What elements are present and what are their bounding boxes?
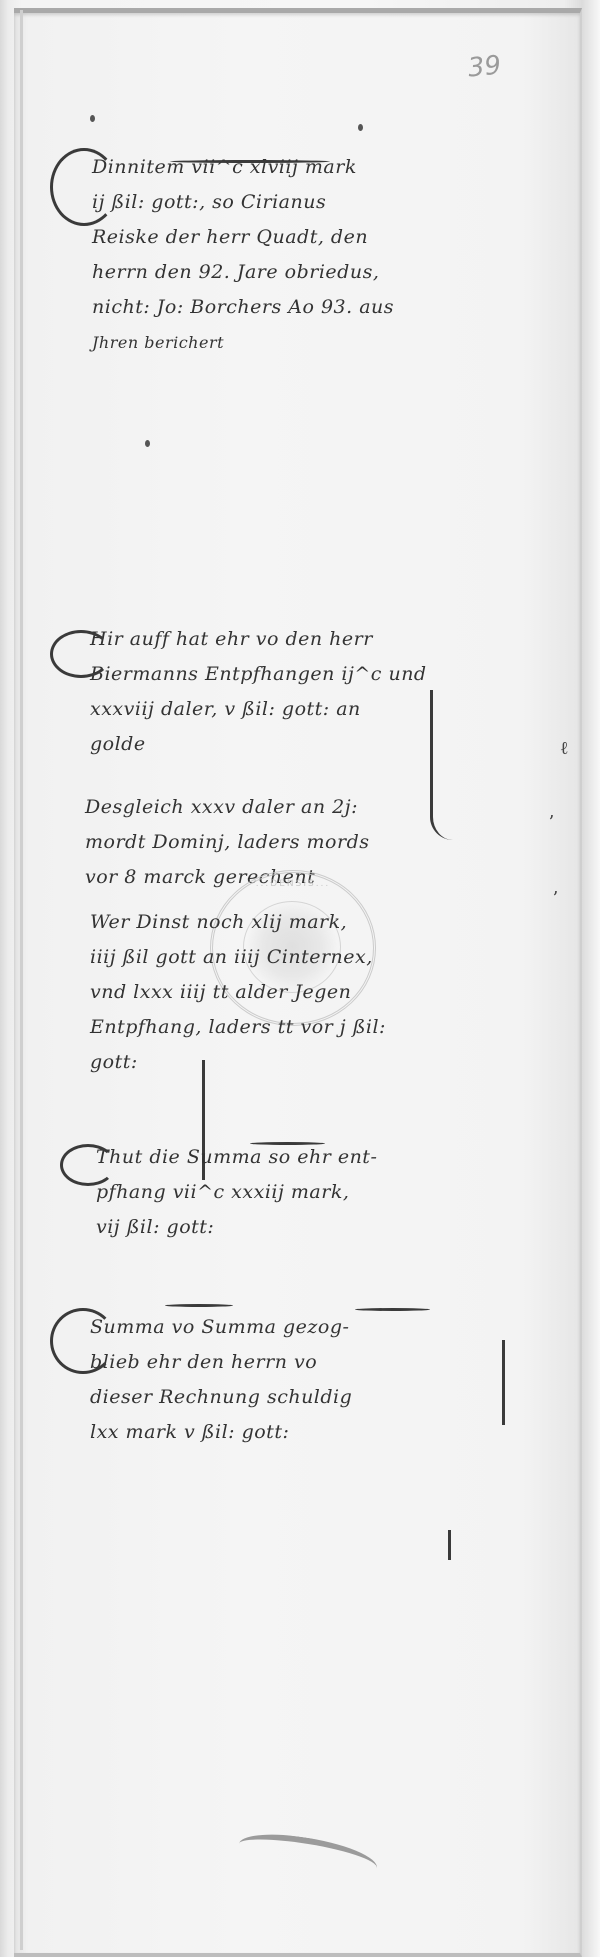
entry-line: Summa vo Summa gezog- bbox=[90, 1310, 352, 1345]
ink-spot bbox=[358, 124, 363, 131]
ledger-entry-4: Wer Dinst noch xlij mark, iiij ßil gott … bbox=[60, 905, 386, 1080]
abbreviation-stroke bbox=[170, 160, 330, 163]
initial-flourish bbox=[50, 148, 118, 226]
ink-spot bbox=[145, 440, 150, 447]
entry-line: mordt Dominj, laders mords bbox=[85, 825, 369, 860]
entry-line: Wer Dinst noch xlij mark, bbox=[90, 905, 386, 940]
ledger-entry-5: Thut die Summa so ehr ent- pfhang vii^c … bbox=[60, 1140, 377, 1245]
ledger-entry-1: Dinnitem vii^c xlviij mark ij ßil: gott:… bbox=[50, 150, 394, 360]
initial-flourish bbox=[60, 1144, 116, 1186]
binding-gutter bbox=[20, 10, 23, 1950]
ledger-entry-6: Summa vo Summa gezog- blieb ehr den herr… bbox=[50, 1310, 352, 1450]
entry-line: Dinnitem vii^c xlviij mark bbox=[92, 150, 394, 185]
ink-spot bbox=[90, 115, 95, 122]
entry-line: dieser Rechnung schuldig bbox=[90, 1380, 352, 1415]
entry-line: vij ßil: gott: bbox=[96, 1210, 377, 1245]
entry-line: blieb ehr den herrn vo bbox=[90, 1345, 352, 1380]
stray-stroke bbox=[448, 1530, 454, 1560]
entry-line: vnd lxxx iiij tt alder Jegen bbox=[90, 975, 386, 1010]
margin-mark: ʼ bbox=[548, 812, 554, 833]
abbreviation-stroke bbox=[250, 1142, 325, 1145]
abbreviation-stroke bbox=[355, 1308, 430, 1311]
margin-mark: ℓ bbox=[560, 738, 569, 759]
entry-line: Thut die Summa so ehr ent- bbox=[96, 1140, 377, 1175]
initial-flourish bbox=[50, 1308, 116, 1374]
entry-line: lxx mark v ßil: gott: bbox=[90, 1415, 352, 1450]
entry-line: golde bbox=[90, 727, 427, 762]
entry-line: xxxviij daler, v ßil: gott: an bbox=[90, 692, 427, 727]
ledger-entry-2: Hir auff hat ehr vo den herr Biermanns E… bbox=[50, 622, 427, 762]
margin-mark: ʼ bbox=[552, 888, 558, 909]
entry-line: gott: bbox=[90, 1045, 386, 1080]
folio-number: 39 bbox=[467, 50, 503, 83]
entry-line: ij ßil: gott:, so Cirianus bbox=[92, 185, 394, 220]
entry-line: Hir auff hat ehr vo den herr bbox=[90, 622, 427, 657]
entry-line: Biermanns Entpfhangen ij^c und bbox=[90, 657, 427, 692]
entry-line: Jhren berichert bbox=[92, 325, 394, 360]
entry-line: herrn den 92. Jare obriedus, bbox=[92, 255, 394, 290]
margin-bracket bbox=[430, 690, 453, 840]
entry-line: Entpfhang, laders tt vor j ßil: bbox=[90, 1010, 386, 1045]
entry-line: pfhang vii^c xxxiij mark, bbox=[96, 1175, 377, 1210]
entry-line: nicht: Jo: Borchers Ao 93. aus bbox=[92, 290, 394, 325]
entry-line: Desgleich xxxv daler an 2j: bbox=[85, 790, 369, 825]
abbreviation-stroke bbox=[165, 1304, 233, 1307]
stamp-text: ...DENSIS... bbox=[213, 879, 373, 889]
entry-line: Reiske der herr Quadt, den bbox=[92, 220, 394, 255]
initial-flourish bbox=[50, 630, 112, 678]
entry-line: iiij ßil gott an iiij Cinternex, bbox=[90, 940, 386, 975]
margin-bracket bbox=[502, 1340, 511, 1425]
